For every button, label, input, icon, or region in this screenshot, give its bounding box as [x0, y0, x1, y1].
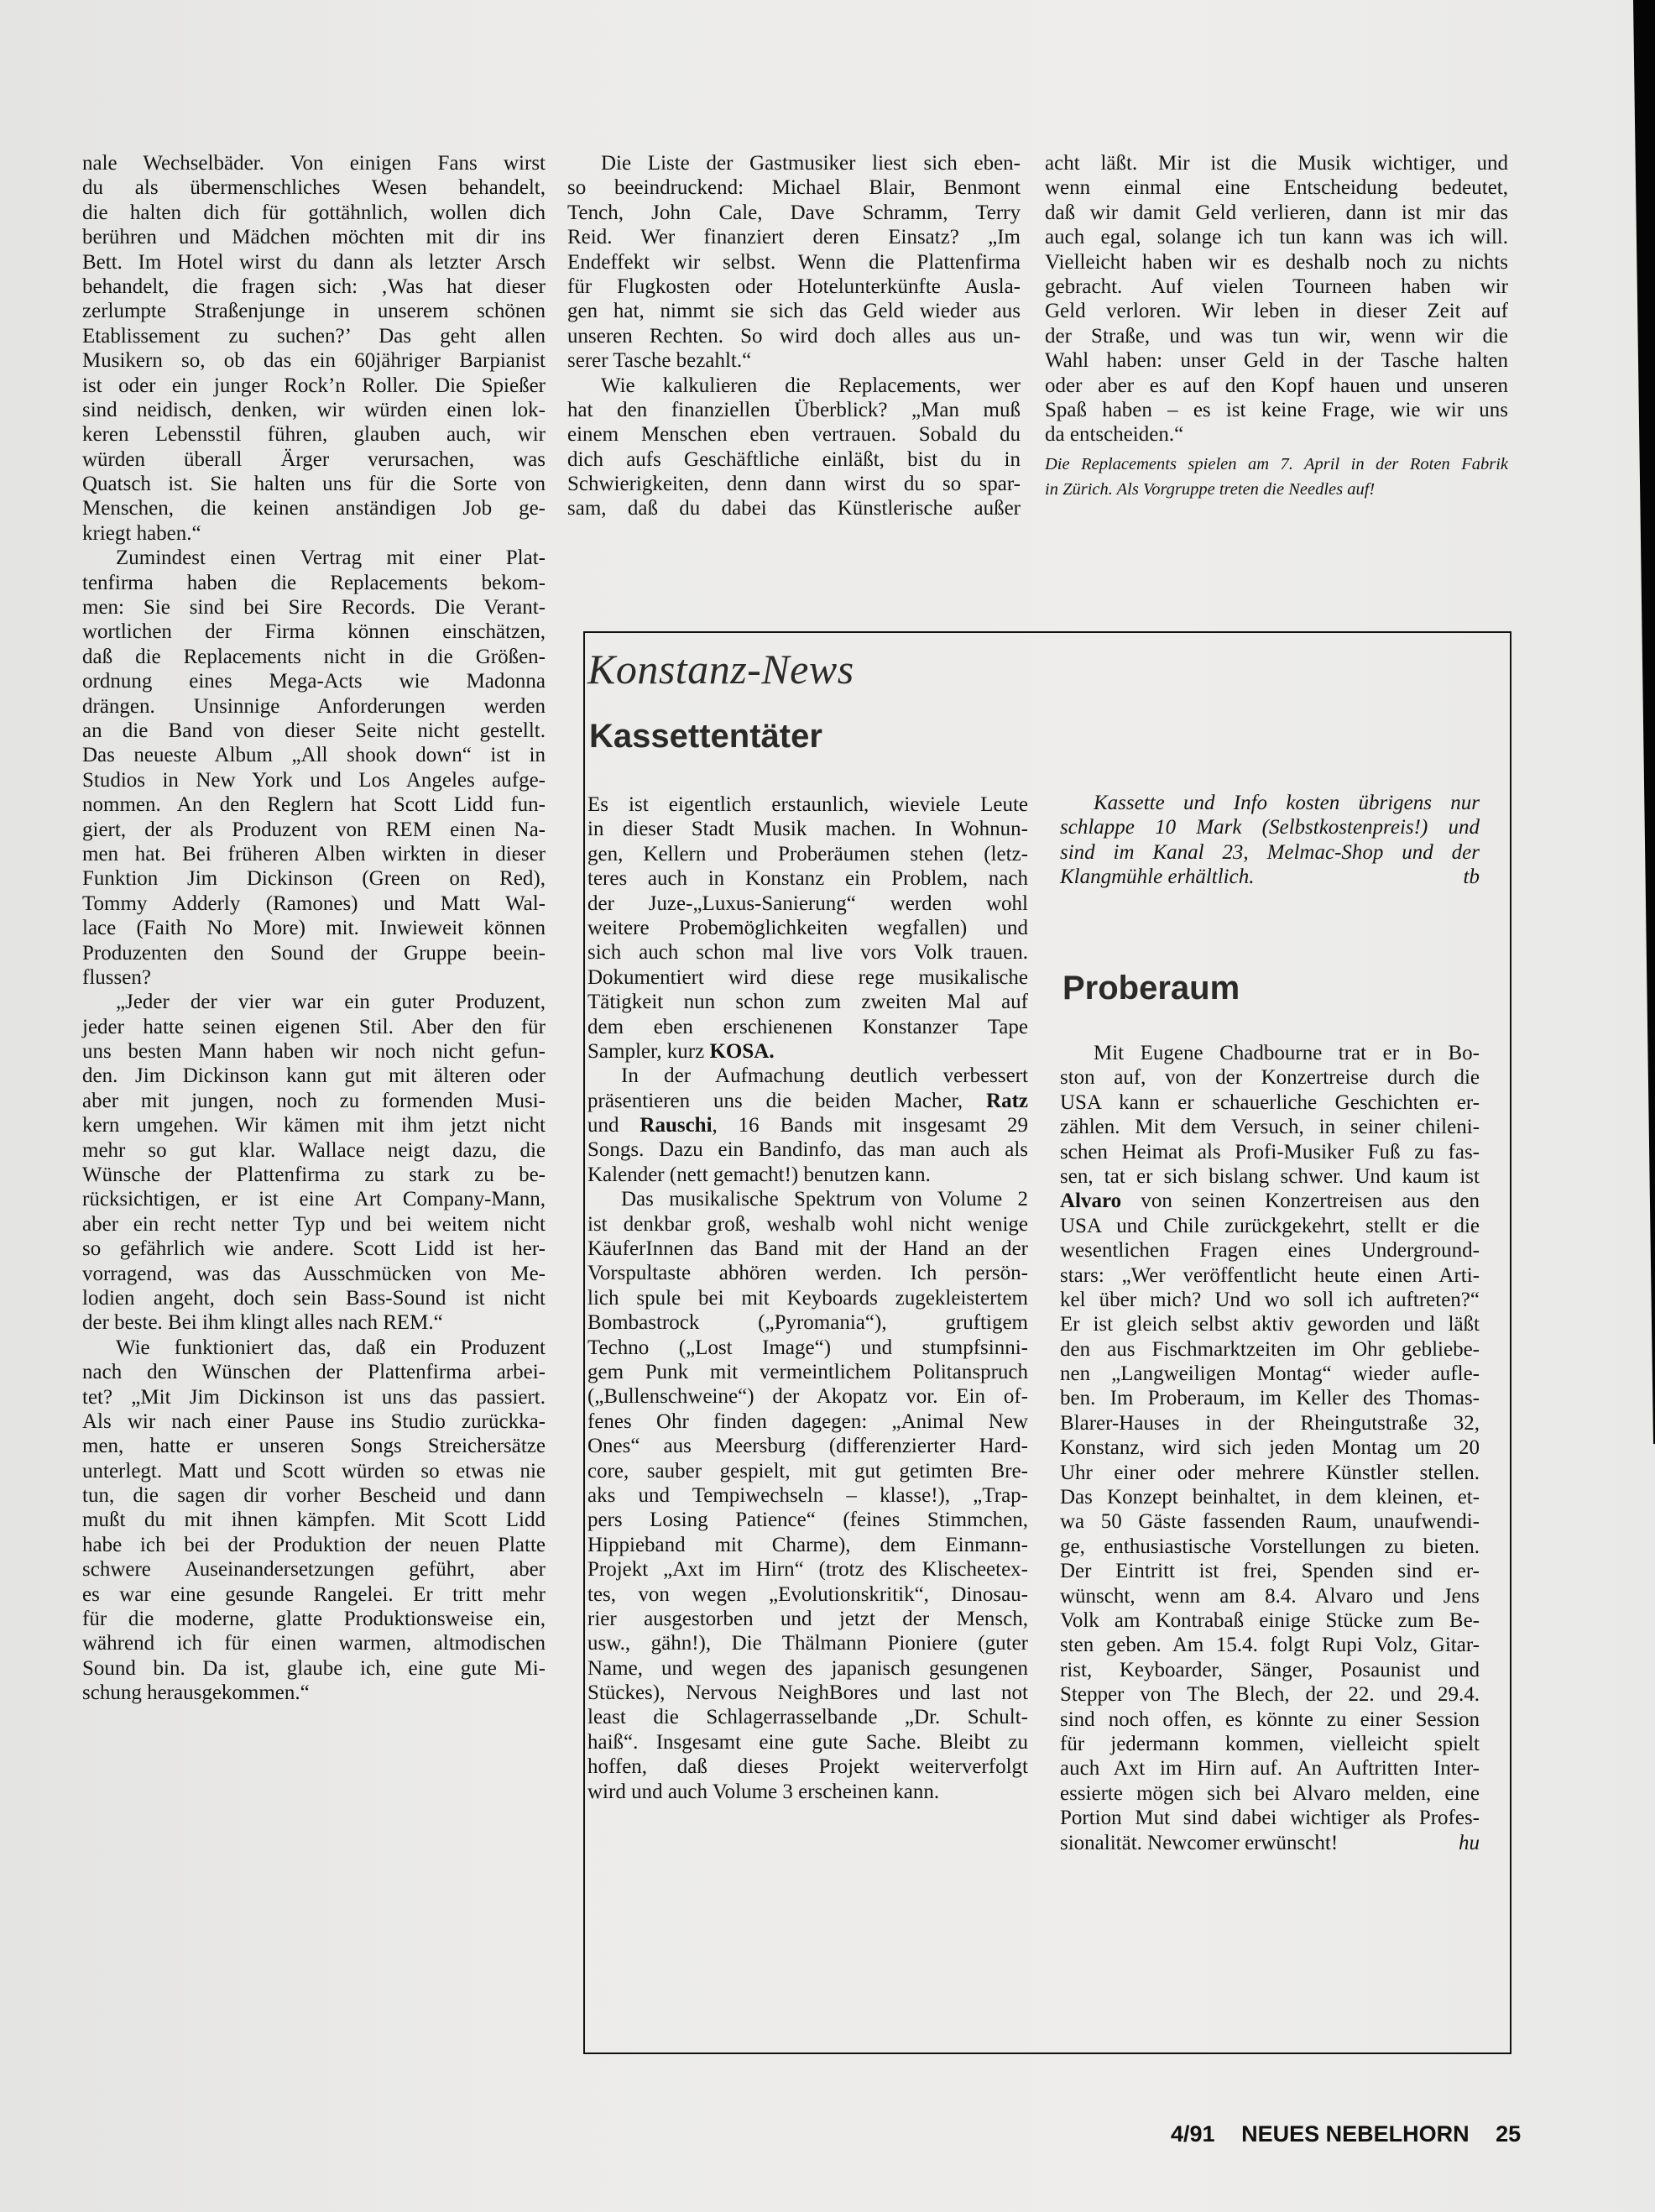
text-line: Studios in New York und Los Angeles aufg… — [82, 768, 546, 792]
text-line: Stepper von The Blech, der 22. und 29.4. — [1060, 1682, 1480, 1707]
text-line: Das musikalische Spektrum von Volume 2 — [587, 1187, 1028, 1211]
binding-shadow — [1621, 0, 1655, 1444]
text-line: wünscht, wenn am 8.4. Alvaro und Jens — [1060, 1584, 1480, 1608]
text-line: sam, daß du dabei das Künstlerische auße… — [567, 496, 1021, 520]
text-line: Als wir nach einer Pause ins Studio zurü… — [82, 1409, 546, 1434]
text-line: core, sauber gespielt, mit gut getimten … — [587, 1459, 1028, 1483]
text-line: sen, tat er sich bislang schwer. Und kau… — [1060, 1164, 1480, 1189]
text-line: daß wir damit Geld verlieren, dann ist m… — [1045, 201, 1508, 225]
text-line: Uhr einer oder mehrere Künstler stellen. — [1060, 1461, 1480, 1485]
text-line: Stückes), Nervous NeighBores und last no… — [587, 1681, 1028, 1705]
text-line: mehr so gut klar. Wallace neigt dazu, di… — [82, 1138, 546, 1163]
text-line: Sampler, kurz KOSA. — [587, 1039, 1028, 1064]
text-line: an die Band von dieser Seite nicht geste… — [82, 719, 546, 743]
text-line: Kassette und Info kosten übrigens nur — [1060, 791, 1480, 815]
text-line: wa 50 Gäste fassenden Raum, unaufwendi- — [1060, 1509, 1480, 1534]
text-line: Portion Mut sind dabei wichtiger als Pro… — [1060, 1806, 1480, 1830]
text-line: Menschen, die keinen anständigen Job ge- — [82, 496, 546, 520]
text-line: Die Liste der Gastmusiker liest sich ebe… — [567, 151, 1021, 175]
text-line: tenfirma haben die Replacements bekom- — [82, 571, 546, 595]
text-line: ist denkbar groß, weshalb wohl nicht wen… — [587, 1212, 1028, 1237]
text-line: behandelt, die fragen sich: ‚Was hat die… — [82, 275, 546, 299]
text-line: der Juze-„Luxus-Sanierung“ werden wohl — [587, 892, 1028, 916]
kassette-price-note: Kassette und Info kosten übrigens nursch… — [1060, 791, 1480, 890]
text-line: Die Replacements spielen am 7. April in … — [1045, 452, 1508, 477]
text-line: tet? „Mit Jim Dickinson ist uns das pass… — [82, 1385, 546, 1409]
text-line: Spaß haben – es ist keine Frage, wie wir… — [1045, 398, 1508, 422]
text-line: in Zürich. Als Vorgruppe treten die Need… — [1045, 477, 1508, 502]
heading-proberaum: Proberaum — [1062, 970, 1240, 1007]
text-line: least die Schlagerrasselbande „Dr. Schul… — [587, 1705, 1028, 1729]
text-line: nach den Wünschen der Plattenfirma arbei… — [82, 1360, 546, 1384]
text-line: Dokumentiert wird diese rege musikalisch… — [587, 965, 1028, 990]
text-line: serer Tasche bezahlt.“ — [567, 348, 1021, 373]
text-line: schwere Auseinandersetzungen geführt, ab… — [82, 1557, 546, 1582]
text-line: drängen. Unsinnige Anforderungen werden — [82, 694, 546, 719]
text-line: Hippieband mit Charme), dem Einmann- — [587, 1533, 1028, 1557]
text-line: sich auch schon mal live vors Volk traue… — [587, 940, 1028, 965]
text-line: Ones“ aus Meersburg (differenzierter Har… — [587, 1434, 1028, 1458]
text-line: teres auch in Konstanz ein Problem, nach — [587, 866, 1028, 891]
text-line: rist, Keyboarder, Sänger, Posaunist und — [1060, 1658, 1480, 1682]
page-number: 25 — [1496, 2121, 1521, 2147]
text-line: Quatsch ist. Sie halten uns für die Sort… — [82, 472, 546, 496]
text-line: sten geben. Am 15.4. folgt Rupi Volz, Gi… — [1060, 1633, 1480, 1657]
text-line: tes, von wegen „Evolutionskritik“, Dinos… — [587, 1582, 1028, 1607]
text-line: men hat. Bei früheren Alben wirkten in d… — [82, 842, 546, 866]
text-line: Endeffekt wir selbst. Wenn die Plattenfi… — [567, 250, 1021, 275]
text-line: Konstanz, wird sich jeden Montag um 20 — [1060, 1435, 1480, 1460]
heading-kassettentaeter: Kassettentäter — [589, 718, 822, 756]
text-line: so beeindruckend: Michael Blair, Benmont — [567, 175, 1021, 200]
text-line: Das neueste Album „All shook down“ ist i… — [82, 743, 546, 767]
text-line: wenn einmal eine Entscheidung bedeutet, — [1045, 175, 1508, 200]
section-title: Konstanz-News — [587, 645, 854, 693]
text-line: und Rauschi, 16 Bands mit insgesamt 29 — [587, 1113, 1028, 1137]
text-line: habe ich bei der Produktion der neuen Pl… — [82, 1533, 546, 1557]
article-column-middle: Die Liste der Gastmusiker liest sich ebe… — [567, 151, 1021, 521]
text-line: für die moderne, glatte Produktionsweise… — [82, 1607, 546, 1631]
text-line: gen, Kellern und Proberäumen stehen (let… — [587, 842, 1028, 866]
text-line: schen Heimat als Profi-Musiker Fuß zu fa… — [1060, 1140, 1480, 1164]
text-line: nale Wechselbäder. Von einigen Fans wirs… — [82, 151, 546, 175]
text-line: sind noch offen, es könnte zu einer Sess… — [1060, 1707, 1480, 1732]
text-line: ist oder ein junger Rock’n Roller. Die S… — [82, 374, 546, 398]
text-line: stars: „Wer veröffentlicht heute einen A… — [1060, 1263, 1480, 1288]
text-line: nen „Langweiligen Montag“ wieder aufle- — [1060, 1362, 1480, 1386]
author-signature: tb — [1464, 865, 1480, 889]
text-line: dem eben erschienenen Konstanzer Tape — [587, 1015, 1028, 1039]
text-line: sionalität. Newcomer erwünscht!hu — [1060, 1831, 1480, 1855]
text-line: oder aber es auf den Kopf hauen und unse… — [1045, 374, 1508, 398]
author-signature: hu — [1459, 1831, 1480, 1855]
text-line: Bombastrock („Pyromania“), gruftigem — [587, 1310, 1028, 1335]
text-line: lace (Faith No More) mit. Inwieweit könn… — [82, 916, 546, 940]
text-line: gem Punk mit vermeintlichem Politanspruc… — [587, 1360, 1028, 1384]
text-line: Er ist gleich selbst aktiv geworden und … — [1060, 1312, 1480, 1336]
text-line: haiß“. Insgesamt eine gute Sache. Bleibt… — [587, 1730, 1028, 1754]
text-line: Schwierigkeiten, denn dann wirst du so s… — [567, 472, 1021, 496]
text-line: Sound bin. Da ist, glaube ich, eine gute… — [82, 1656, 546, 1681]
text-line: Songs. Dazu ein Bandinfo, das man auch a… — [587, 1137, 1028, 1162]
text-line: Name, und wegen des japanisch gesungenen — [587, 1656, 1028, 1681]
text-line: Reid. Wer finanziert deren Einsatz? „Im — [567, 225, 1021, 249]
text-line: sind im Kanal 23, Melmac-Shop und der — [1060, 840, 1480, 865]
text-line: Der Eintritt ist frei, Spenden sind er- — [1060, 1559, 1480, 1583]
text-line: schlappe 10 Mark (Selbstkostenpreis!) un… — [1060, 815, 1480, 839]
text-line: die halten dich für gottähnlich, wollen … — [82, 201, 546, 225]
text-line: daß die Replacements nicht in die Größen… — [82, 645, 546, 669]
text-line: in dieser Stadt Musik machen. In Wohnun- — [587, 817, 1028, 841]
text-line: es war eine gesunde Rangelei. Er tritt m… — [82, 1582, 546, 1607]
text-line: unseren Rechten. So wird doch alles aus … — [567, 324, 1021, 348]
text-line: gebracht. Auf vielen Tourneen haben wir — [1045, 275, 1508, 299]
page-footer: 4/91 NEUES NEBELHORN 25 — [1171, 2121, 1521, 2147]
text-line: giert, der als Produzent von REM einen N… — [82, 818, 546, 842]
text-line: men: Sie sind bei Sire Records. Die Vera… — [82, 595, 546, 620]
text-line: KäuferInnen das Band mit der Hand an der — [587, 1237, 1028, 1261]
text-line: aber mit jungen, noch zu formenden Musi- — [82, 1089, 546, 1113]
text-line: Das Konzept beinhaltet, in dem kleinen, … — [1060, 1485, 1480, 1509]
text-line: während ich für einen warmen, altmodisch… — [82, 1631, 546, 1655]
text-line: acht läßt. Mir ist die Musik wichtiger, … — [1045, 151, 1508, 175]
text-line: wird und auch Volume 3 erscheinen kann. — [587, 1780, 1028, 1804]
proberaum-body: Mit Eugene Chadbourne trat er in Bo-ston… — [1060, 1041, 1480, 1855]
issue-number: 4/91 — [1171, 2121, 1215, 2147]
text-line: Musikern so, ob das ein 60jähriger Barpi… — [82, 348, 546, 373]
text-line: lodien angeht, doch sein Bass-Sound ist … — [82, 1286, 546, 1310]
text-line: so gefährlich wie andere. Scott Lidd ist… — [82, 1237, 546, 1261]
text-line: Tätigkeit nun schon zum zweiten Mal auf — [587, 990, 1028, 1014]
text-line: Techno („Lost Image“) und stumpfsinni- — [587, 1336, 1028, 1360]
text-line: Vielleicht haben wir es deshalb noch zu … — [1045, 250, 1508, 275]
text-line: Projekt „Axt im Hirn“ (trotz des Klische… — [587, 1557, 1028, 1582]
text-line: Bett. Im Hotel wirst du dann als letzter… — [82, 250, 546, 275]
text-line: für Flugkosten oder Hotelunterkünfte Aus… — [567, 275, 1021, 299]
text-line: Blarer-Hauses in der Rheingutstraße 32, — [1060, 1411, 1480, 1435]
text-line: rier ausgestorben und jetzt der Mensch, — [587, 1607, 1028, 1631]
text-line: Vorspultaste abhören werden. Ich persön- — [587, 1261, 1028, 1285]
text-line: kern umgehen. Wir kämen mit ihm jetzt ni… — [82, 1113, 546, 1137]
text-line: den aus Fischmarktzeiten im Ohr gebliebe… — [1060, 1337, 1480, 1362]
text-line: hat den finanziellen Überblick? „Man muß — [567, 398, 1021, 422]
text-line: der Straße, und was tun wir, wenn wir di… — [1045, 324, 1508, 348]
text-line: Wie funktioniert das, daß ein Produzent — [82, 1336, 546, 1360]
text-line: gen hat, nimmt sie sich das Geld wieder … — [567, 299, 1021, 323]
text-line: essierte mögen sich bei Alvaro melden, e… — [1060, 1781, 1480, 1806]
text-line: Produzenten den Sound der Gruppe beein- — [82, 941, 546, 965]
text-line: dich aufs Geschäftliche einläßt, bist du… — [567, 447, 1021, 472]
text-line: den. Jim Dickinson kann gut mit älteren … — [82, 1064, 546, 1088]
text-line: da entscheiden.“ — [1045, 422, 1508, 447]
article-column-left: nale Wechselbäder. Von einigen Fans wirs… — [82, 151, 546, 1706]
text-line: wortlichen der Firma können einschätzen, — [82, 620, 546, 644]
text-line: In der Aufmachung deutlich verbessert — [587, 1064, 1028, 1088]
text-line: USA und Chile zurückgekehrt, stellt er d… — [1060, 1214, 1480, 1238]
text-line: Klangmühle erhältlich.tb — [1060, 865, 1480, 889]
text-line: schung herausgekommen.“ — [82, 1681, 546, 1705]
text-line: Tommy Adderly (Ramones) und Matt Wal- — [82, 892, 546, 916]
text-line: Kalender (nett gemacht!) benutzen kann. — [587, 1163, 1028, 1187]
text-line: lich spule bei mit Keyboards zugekleiste… — [587, 1286, 1028, 1310]
text-line: Wünsche der Plattenfirma zu stark zu be- — [82, 1163, 546, 1187]
concert-caption: Die Replacements spielen am 7. April in … — [1045, 452, 1508, 502]
text-line: einem Menschen eben vertrauen. Sobald du — [567, 422, 1021, 447]
text-line: du als übermenschliches Wesen behandelt, — [82, 175, 546, 200]
text-line: weitere Probemöglichkeiten wegfallen) un… — [587, 916, 1028, 940]
magazine-name: NEUES NEBELHORN — [1241, 2121, 1470, 2147]
text-line: nommen. An den Reglern hat Scott Lidd fu… — [82, 792, 546, 817]
text-line: Geld verloren. Wir leben in dieser Zeit … — [1045, 299, 1508, 323]
article-column-right: acht läßt. Mir ist die Musik wichtiger, … — [1045, 151, 1508, 447]
text-line: würden überall Ärger verursachen, was — [82, 447, 546, 472]
text-line: ge, enthusiastische Vorstellungen zu bie… — [1060, 1535, 1480, 1559]
text-line: aber ein recht netter Typ und bei weitem… — [82, 1212, 546, 1237]
text-line: Volk am Kontrabaß einige Stücke zum Be- — [1060, 1608, 1480, 1633]
text-line: unterlegt. Matt und Scott würden so etwa… — [82, 1459, 546, 1483]
text-line: ben. Im Proberaum, im Keller des Thomas- — [1060, 1386, 1480, 1410]
text-line: Zumindest einen Vertrag mit einer Plat- — [82, 546, 546, 570]
text-line: mußt du mit ihnen kämpfen. Mit Scott Lid… — [82, 1508, 546, 1532]
text-line: Alvaro von seinen Konzertreisen aus den — [1060, 1189, 1480, 1213]
text-line: pers Losing Patience“ (feines Stimmchen, — [587, 1508, 1028, 1532]
text-line: men, hatte er unseren Songs Streichersät… — [82, 1434, 546, 1458]
text-line: kriegt haben.“ — [82, 521, 546, 546]
text-line: der beste. Bei ihm klingt alles nach REM… — [82, 1310, 546, 1335]
text-line: Etablissement zu suchen?’ Das geht allen — [82, 324, 546, 348]
text-line: fenes Ohr finden dagegen: „Animal New — [587, 1409, 1028, 1434]
text-line: Funktion Jim Dickinson (Green on Red), — [82, 866, 546, 891]
text-line: sind neidisch, denken, wir würden einen … — [82, 398, 546, 422]
text-line: zählen. Mit dem Versuch, in seiner chile… — [1060, 1115, 1480, 1139]
text-line: Tench, John Cale, Dave Schramm, Terry — [567, 201, 1021, 225]
text-line: uns besten Mann haben wir noch nicht gef… — [82, 1039, 546, 1064]
text-line: für jedermann kommen, vielleicht spielt — [1060, 1732, 1480, 1756]
text-line: keren Lebensstil führen, glauben auch, w… — [82, 422, 546, 447]
text-line: ordnung eines Mega-Acts wie Madonna — [82, 669, 546, 693]
text-line: kel über mich? Und wo soll ich auftreten… — [1060, 1288, 1480, 1312]
text-line: flussen? — [82, 965, 546, 990]
text-line: jeder hatte seinen eigenen Stil. Aber de… — [82, 1015, 546, 1039]
text-line: vorragend, was das Ausschmücken von Me- — [82, 1262, 546, 1286]
text-line: zerlumpte Straßenjunge in unserem schöne… — [82, 299, 546, 323]
text-line: wesentlichen Fragen eines Underground- — [1060, 1238, 1480, 1263]
text-line: aks und Tempiwechseln – klasse!), „Trap- — [587, 1483, 1028, 1508]
text-line: Wahl haben: unser Geld in der Tasche hal… — [1045, 348, 1508, 373]
text-line: präsentieren uns die beiden Macher, Ratz — [587, 1089, 1028, 1113]
text-line: („Bullenschweine“) der Akopatz vor. Ein … — [587, 1384, 1028, 1409]
text-line: auch egal, solange ich tun kann was ich … — [1045, 225, 1508, 249]
text-line: auch Axt im Hirn auf. An Auftritten Inte… — [1060, 1756, 1480, 1781]
text-line: hoffen, daß dieses Projekt weiterverfolg… — [587, 1754, 1028, 1779]
text-line: tun, die sagen dir vorher Bescheid und d… — [82, 1483, 546, 1508]
text-line: rücksichtigen, er ist eine Art Company-M… — [82, 1187, 546, 1211]
text-line: berühren und Mädchen möchten mit dir ins — [82, 225, 546, 249]
kassettentaeter-body: Es ist eigentlich erstaunlich, wieviele … — [587, 792, 1028, 1804]
text-line: ston auf, von der Konzertreise durch die — [1060, 1065, 1480, 1090]
text-line: „Jeder der vier war ein guter Produzent, — [82, 990, 546, 1014]
text-line: Wie kalkulieren die Replacements, wer — [567, 374, 1021, 398]
text-line: usw., gähn!), Die Thälmann Pioniere (gut… — [587, 1631, 1028, 1655]
text-line: USA kann er schauerliche Geschichten er- — [1060, 1090, 1480, 1115]
text-line: Mit Eugene Chadbourne trat er in Bo- — [1060, 1041, 1480, 1065]
text-line: Es ist eigentlich erstaunlich, wieviele … — [587, 792, 1028, 817]
